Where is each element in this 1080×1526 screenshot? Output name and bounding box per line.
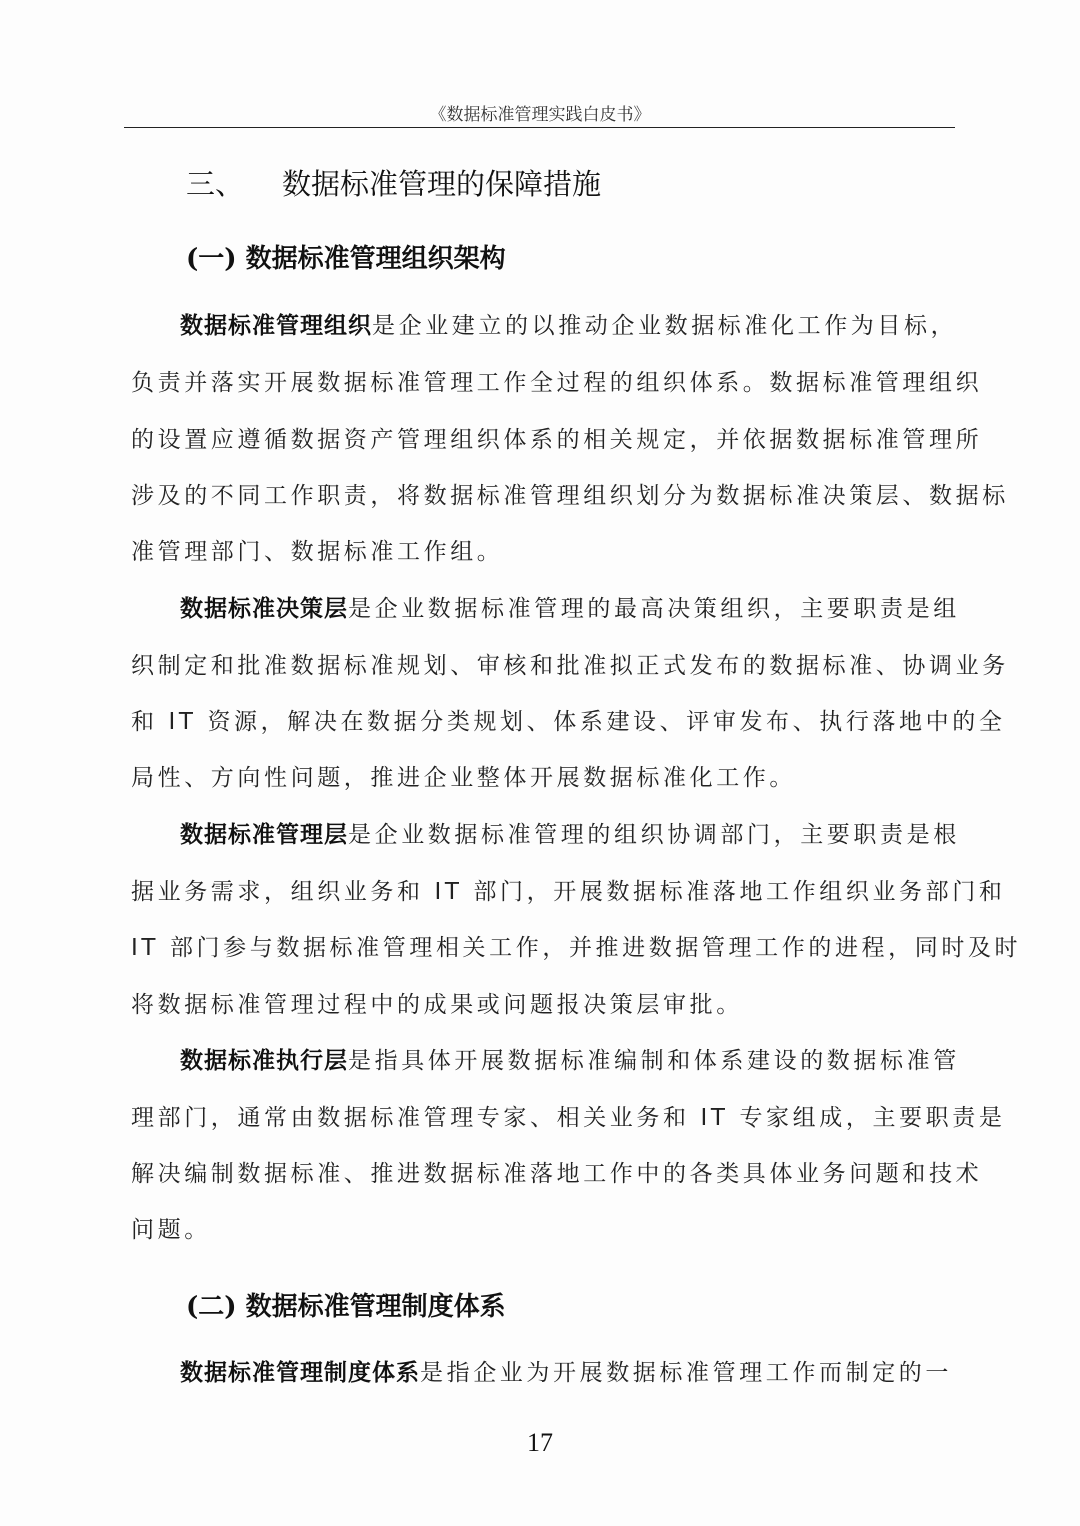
- subsection-heading-2: (二) 数据标准管理制度体系: [186, 1286, 506, 1323]
- paragraph-line: IT 部门参与数据标准管理相关工作，并推进数据管理工作的进程，同时及时: [131, 933, 951, 963]
- section-heading: 三、数据标准管理的保障措施: [186, 162, 601, 203]
- bold-term: 数据标准执行层: [180, 1048, 348, 1074]
- bold-term: 数据标准决策层: [180, 596, 348, 622]
- section-title: 数据标准管理的保障措施: [282, 167, 601, 201]
- paragraph-line: 局性、方向性问题，推进企业整体开展数据标准化工作。: [131, 763, 951, 793]
- paragraph-line: 的设置应遵循数据资产管理组织体系的相关规定，并依据数据标准管理所: [131, 425, 951, 455]
- paragraph-line: 和 IT 资源，解决在数据分类规划、体系建设、评审发布、执行落地中的全: [131, 707, 951, 737]
- paragraph-line: 负责并落实开展数据标准管理工作全过程的组织体系。数据标准管理组织: [131, 368, 951, 398]
- paragraph-line: 据业务需求，组织业务和 IT 部门，开展数据标准落地工作组织业务部门和: [131, 877, 951, 907]
- section-number: 三、: [186, 162, 282, 203]
- running-header: 《数据标准管理实践白皮书》: [0, 100, 1080, 125]
- subsection-heading-1: (一) 数据标准管理组织架构: [186, 238, 506, 275]
- bold-term: 数据标准管理组织: [180, 313, 372, 339]
- paragraph-line: 解决编制数据标准、推进数据标准落地工作中的各类具体业务问题和技术: [131, 1159, 951, 1189]
- page-number: 17: [0, 1428, 1080, 1458]
- paragraph-line: 数据标准管理层是企业数据标准管理的组织协调部门，主要职责是根: [180, 820, 951, 850]
- paragraph-line: 织制定和批准数据标准规划、审核和批准拟正式发布的数据标准、协调业务: [131, 651, 951, 681]
- bold-term: 数据标准管理制度体系: [180, 1360, 420, 1386]
- paragraph-line: 问题。: [131, 1215, 951, 1245]
- paragraph-line: 数据标准决策层是企业数据标准管理的最高决策组织，主要职责是组: [180, 594, 951, 624]
- paragraph-line: 数据标准管理组织是企业建立的以推动企业数据标准化工作为目标，: [180, 311, 951, 341]
- paragraph-line: 理部门，通常由数据标准管理专家、相关业务和 IT 专家组成，主要职责是: [131, 1103, 951, 1133]
- paragraph-line: 将数据标准管理过程中的成果或问题报决策层审批。: [131, 990, 951, 1020]
- paragraph-line: 涉及的不同工作职责，将数据标准管理组织划分为数据标准决策层、数据标: [131, 481, 951, 511]
- header-divider: [124, 127, 955, 128]
- paragraph-line: 数据标准执行层是指具体开展数据标准编制和体系建设的数据标准管: [180, 1046, 951, 1076]
- bold-term: 数据标准管理层: [180, 822, 348, 848]
- paragraph-line: 准管理部门、数据标准工作组。: [131, 537, 951, 567]
- paragraph-line: 数据标准管理制度体系是指企业为开展数据标准管理工作而制定的一: [180, 1358, 951, 1388]
